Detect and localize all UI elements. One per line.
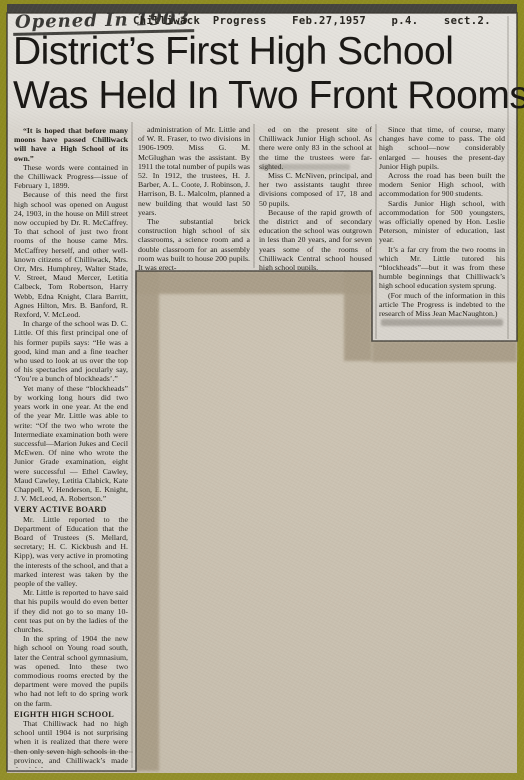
clipping-shadow — [372, 341, 517, 362]
article-paragraph: Mr. Little is reported to have said that… — [14, 588, 128, 634]
source-line: Chilliwack Progress Feb.27,1957 p.4. sec… — [133, 15, 491, 27]
article-subhead: VERY ACTIVE BOARD — [14, 505, 128, 514]
article-paragraph: administration of Mr. Little and of W. R… — [138, 125, 250, 217]
article-column-1: “It is hoped that before many moons have… — [14, 126, 128, 768]
article-paragraph: Because of the rapid growth of the distr… — [259, 208, 372, 270]
clipping-shadow — [344, 271, 372, 361]
headline-line2: Was Held In Two Front Rooms — [13, 74, 518, 118]
headline: District’s First High School Was Held In… — [13, 30, 518, 118]
article-paragraph: (For much of the information in this art… — [379, 291, 505, 319]
article-paragraph: Across the road has been built the moder… — [379, 171, 505, 199]
article-paragraph: It’s a far cry from the two rooms in whi… — [379, 245, 505, 291]
article-paragraph: These words were contained in the Chilli… — [14, 163, 128, 191]
ink-smudge — [260, 164, 350, 170]
ink-smudge — [381, 319, 503, 326]
article-paragraph: Miss C. McNiven, principal, and her two … — [259, 171, 372, 208]
clipping-shadow — [136, 271, 372, 294]
article-paragraph: The substantial brick construction high … — [138, 217, 250, 270]
article-paragraph: Because of this need the first high scho… — [14, 190, 128, 319]
clipping-shadow — [136, 271, 159, 771]
article-paragraph: In charge of the school was D. C. Little… — [14, 319, 128, 383]
article-paragraph: Since that time, of course, many changes… — [379, 125, 505, 171]
headline-line1: District’s First High School — [13, 30, 518, 74]
article-subhead: EIGHTH HIGH SCHOOL — [14, 710, 128, 719]
scanned-newspaper-page: Opened In 1903 Chilliwack Progress Feb.2… — [0, 0, 524, 780]
article-paragraph: Yet many of these “blockheads” by workin… — [14, 384, 128, 504]
article-column-3: ed on the present site of Chilliwack Jun… — [259, 125, 372, 270]
article-paragraph: Mr. Little reported to the Department of… — [14, 515, 128, 589]
article-paragraph: In the spring of 1904 the new high schoo… — [14, 634, 128, 708]
article-column-2: administration of Mr. Little and of W. R… — [138, 125, 250, 270]
article-paragraph: That Chilliwack had no high school until… — [14, 719, 128, 768]
article-paragraph: “It is hoped that before many moons have… — [14, 126, 128, 163]
article-paragraph: Sardis Junior High school, with accommod… — [379, 199, 505, 245]
article-column-4: Since that time, of course, many changes… — [379, 125, 505, 338]
